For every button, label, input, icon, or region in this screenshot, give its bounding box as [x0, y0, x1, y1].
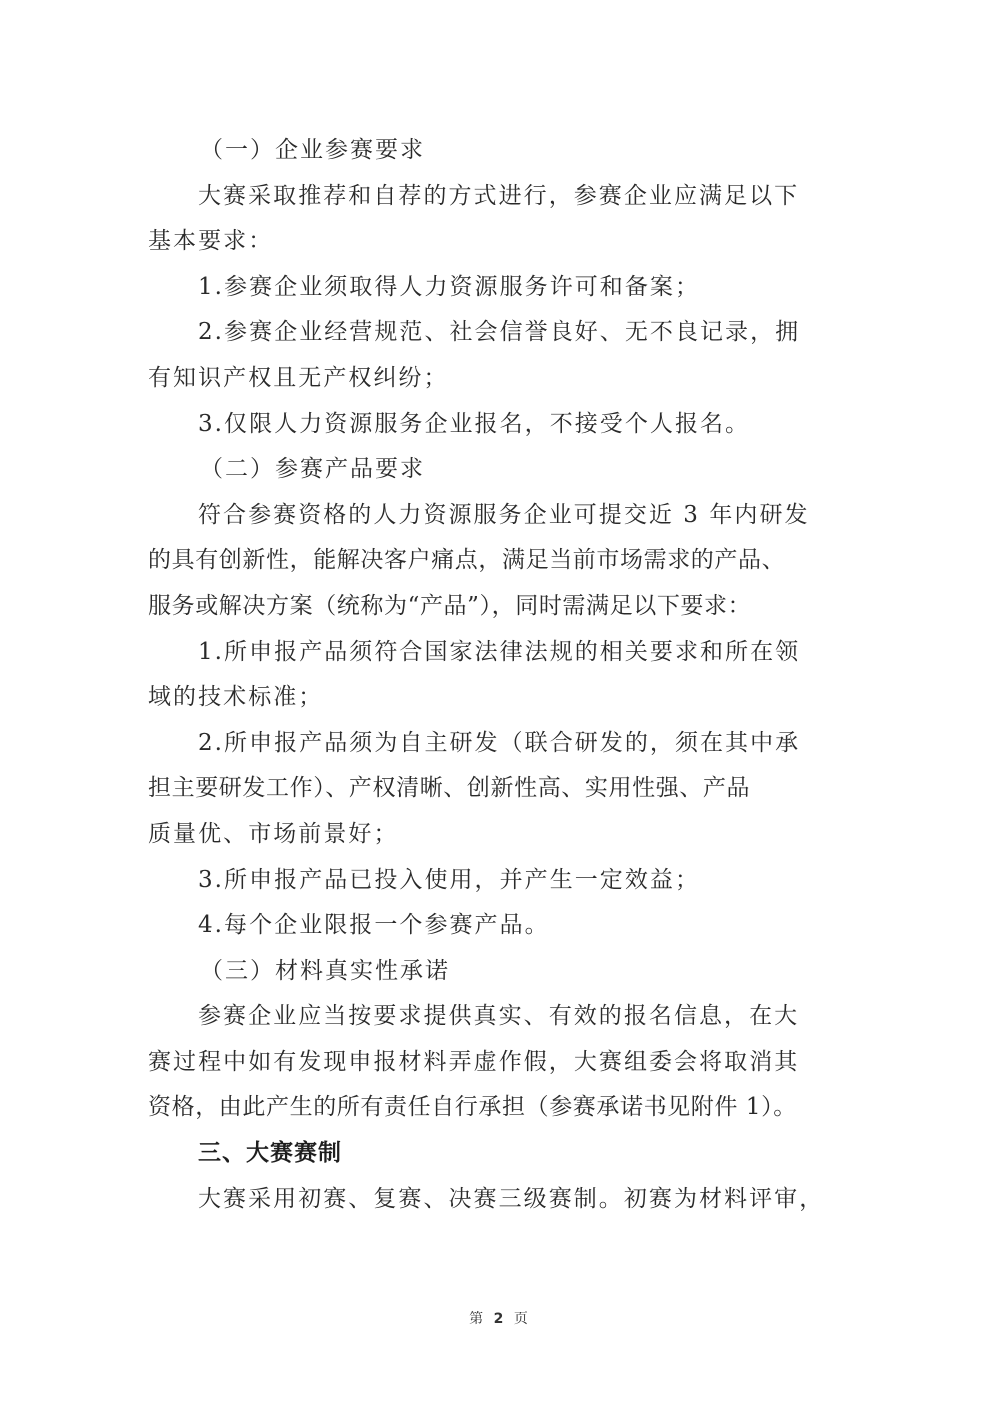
list-item-continuation: 质量优、市场前景好；: [148, 812, 852, 858]
paragraph-line: 服务或解决方案（统称为“产品”），同时需满足以下要求：: [148, 584, 852, 630]
paragraph-line: 赛过程中如有发现申报材料弄虚作假，大赛组委会将取消其: [148, 1040, 852, 1086]
page-label-suffix: 页: [514, 1311, 531, 1327]
paragraph-line: 符合参赛资格的人力资源服务企业可提交近 3 年内研发: [148, 493, 852, 539]
list-item: 4.每个企业限报一个参赛产品。: [148, 903, 852, 949]
list-item: 2.参赛企业经营规范、社会信誉良好、无不良记录，拥: [148, 310, 852, 356]
paragraph-line: 资格，由此产生的所有责任自行承担（参赛承诺书见附件 1）。: [148, 1085, 852, 1131]
section-heading-3: 三、大赛赛制: [148, 1131, 852, 1177]
document-page: （一）企业参赛要求 大赛采取推荐和自荐的方式进行，参赛企业应满足以下 基本要求：…: [148, 128, 852, 1222]
list-item: 1.所申报产品须符合国家法律法规的相关要求和所在领: [148, 630, 852, 676]
list-item-continuation: 有知识产权且无产权纠纷；: [148, 356, 852, 402]
page-footer: 第 2 页: [0, 1308, 1000, 1328]
paragraph-line: 大赛采用初赛、复赛、决赛三级赛制。初赛为材料评审，: [148, 1177, 852, 1223]
list-item-continuation: 域的技术标准；: [148, 675, 852, 721]
list-item: 3.仅限人力资源服务企业报名，不接受个人报名。: [148, 402, 852, 448]
list-item: 1.参赛企业须取得人力资源服务许可和备案；: [148, 265, 852, 311]
list-item: 3.所申报产品已投入使用，并产生一定效益；: [148, 858, 852, 904]
list-item: 2.所申报产品须为自主研发（联合研发的，须在其中承: [148, 721, 852, 767]
subsection-heading-3: （三）材料真实性承诺: [148, 949, 852, 995]
paragraph-line: 基本要求：: [148, 219, 852, 265]
paragraph-line: 的具有创新性，能解决客户痛点，满足当前市场需求的产品、: [148, 538, 852, 584]
subsection-heading-2: （二）参赛产品要求: [148, 447, 852, 493]
paragraph-line: 参赛企业应当按要求提供真实、有效的报名信息，在大: [148, 994, 852, 1040]
subsection-heading-1: （一）企业参赛要求: [148, 128, 852, 174]
list-item-continuation: 担主要研发工作）、产权清晰、创新性高、实用性强、产品: [148, 766, 852, 812]
paragraph-line: 大赛采取推荐和自荐的方式进行，参赛企业应满足以下: [148, 174, 852, 220]
page-label-prefix: 第: [469, 1311, 486, 1327]
page-number: 2: [494, 1311, 507, 1327]
